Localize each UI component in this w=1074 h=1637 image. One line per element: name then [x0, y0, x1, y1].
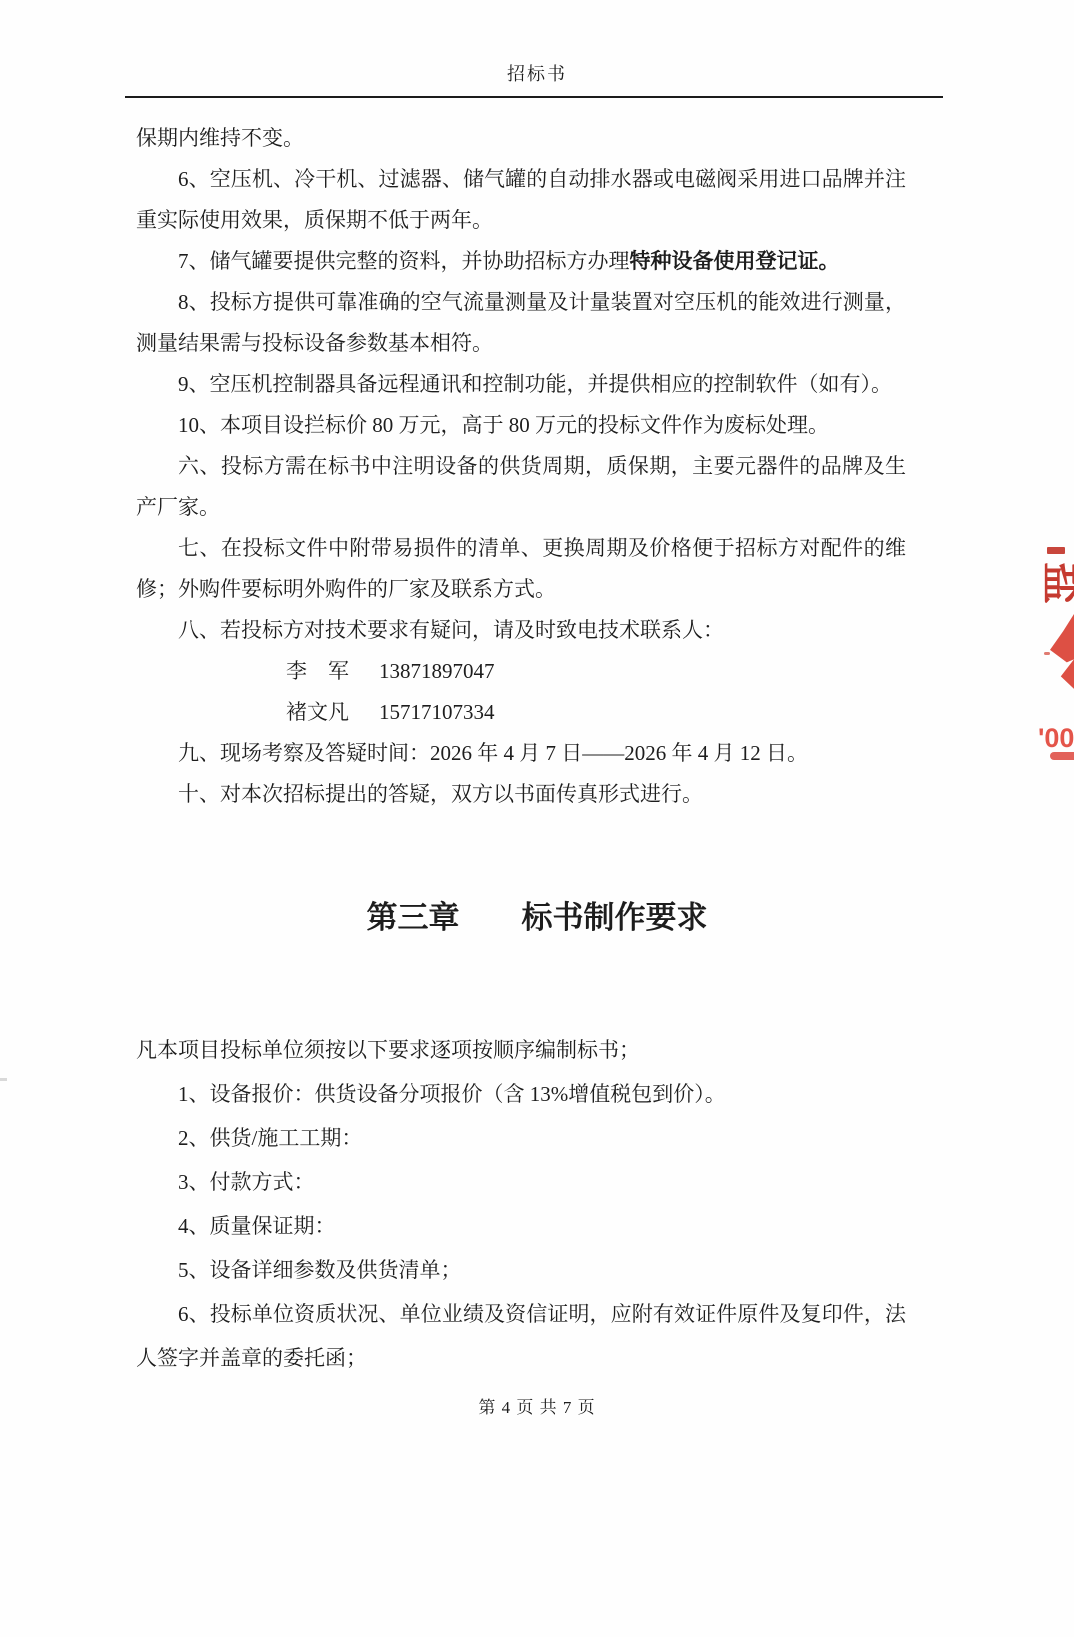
contact-row: 李 军13871897047 — [136, 651, 906, 692]
term-item-7-text: 7、储气罐要提供完整的资料，并协助招标方办理 — [178, 249, 630, 273]
red-stamp-fragment-bar — [1047, 547, 1065, 554]
paragraph-continuation: 保期内维持不变。 — [136, 118, 906, 159]
term-item-eight: 八、若投标方对技术要求有疑问，请及时致电技术联系人： — [136, 610, 906, 651]
contact-phone: 13871897047 — [379, 659, 495, 683]
term-item-10: 10、本项目设拦标价 80 万元，高于 80 万元的投标文件作为废标处理。 — [136, 405, 906, 446]
contact-name: 李 军 — [286, 659, 349, 683]
red-stamp-star-fragment — [1050, 614, 1074, 692]
term-item-seven: 七、在投标文件中附带易损件的清单、更换周期及价格便于招标方对配件的维修；外购件要… — [136, 528, 906, 610]
terms-section: 保期内维持不变。 6、空压机、冷干机、过滤器、储气罐的自动排水器或电磁阀采用进口… — [136, 118, 906, 815]
page-number-footer: 第 4 页 共 7 页 — [0, 1393, 1074, 1418]
bid-prep-item-6: 6、投标单位资质状况、单位业绩及资信证明，应附有效证件原件及复印件，法人签字并盖… — [136, 1292, 906, 1380]
bid-preparation-section: 凡本项目投标单位须按以下要求逐项按顺序编制标书； 1、设备报价：供货设备分项报价… — [136, 1028, 906, 1380]
red-stamp-underline — [1050, 752, 1074, 760]
header-divider-rule — [125, 96, 943, 98]
red-stamp-speckle — [1044, 652, 1050, 655]
term-item-9: 9、空压机控制器具备远程通讯和控制功能，并提供相应的控制软件（如有）。 — [136, 364, 906, 405]
contact-name: 褚文凡 — [286, 700, 349, 724]
scanned-tender-document-page: { "page": { "header_title": "招标书", "foot… — [0, 0, 1074, 1637]
bid-prep-intro: 凡本项目投标单位须按以下要求逐项按顺序编制标书； — [136, 1028, 906, 1072]
contact-row: 褚文凡15717107334 — [136, 692, 906, 733]
page-header-title: 招标书 — [0, 60, 1074, 86]
bid-prep-item-1: 1、设备报价：供货设备分项报价（含 13%增值税包到价）。 — [136, 1072, 906, 1116]
term-item-7: 7、储气罐要提供完整的资料，并协助招标方办理特种设备使用登记证。 — [136, 241, 906, 282]
term-item-six: 六、投标方需在标书中注明设备的供货周期，质保期，主要元器件的品牌及生产厂家。 — [136, 446, 906, 528]
bid-prep-item-3: 3、付款方式： — [136, 1160, 906, 1204]
term-item-nine: 九、现场考察及答疑时间：2026 年 4 月 7 日——2026 年 4 月 1… — [136, 733, 906, 774]
contact-phone: 15717107334 — [379, 700, 495, 724]
scan-edge-artifact — [0, 1078, 7, 1081]
bid-prep-item-4: 4、质量保证期： — [136, 1204, 906, 1248]
bid-prep-item-5: 5、设备详细参数及供货清单； — [136, 1248, 906, 1292]
bid-prep-item-2: 2、供货/施工工期： — [136, 1116, 906, 1160]
term-item-6: 6、空压机、冷干机、过滤器、储气罐的自动排水器或电磁阀采用进口品牌并注重实际使用… — [136, 159, 906, 241]
chapter-heading: 第三章 标书制作要求 — [0, 892, 1074, 937]
term-item-ten: 十、对本次招标提出的答疑，双方以书面传真形式进行。 — [136, 774, 906, 815]
term-item-8: 8、投标方提供可靠准确的空气流量测量及计量装置对空压机的能效进行测量，测量结果需… — [136, 282, 906, 364]
red-stamp-number: '00 — [1038, 723, 1074, 753]
red-stamp-character: 盐 — [1038, 562, 1074, 602]
term-item-7-bold-text: 特种设备使用登记证。 — [630, 249, 840, 273]
